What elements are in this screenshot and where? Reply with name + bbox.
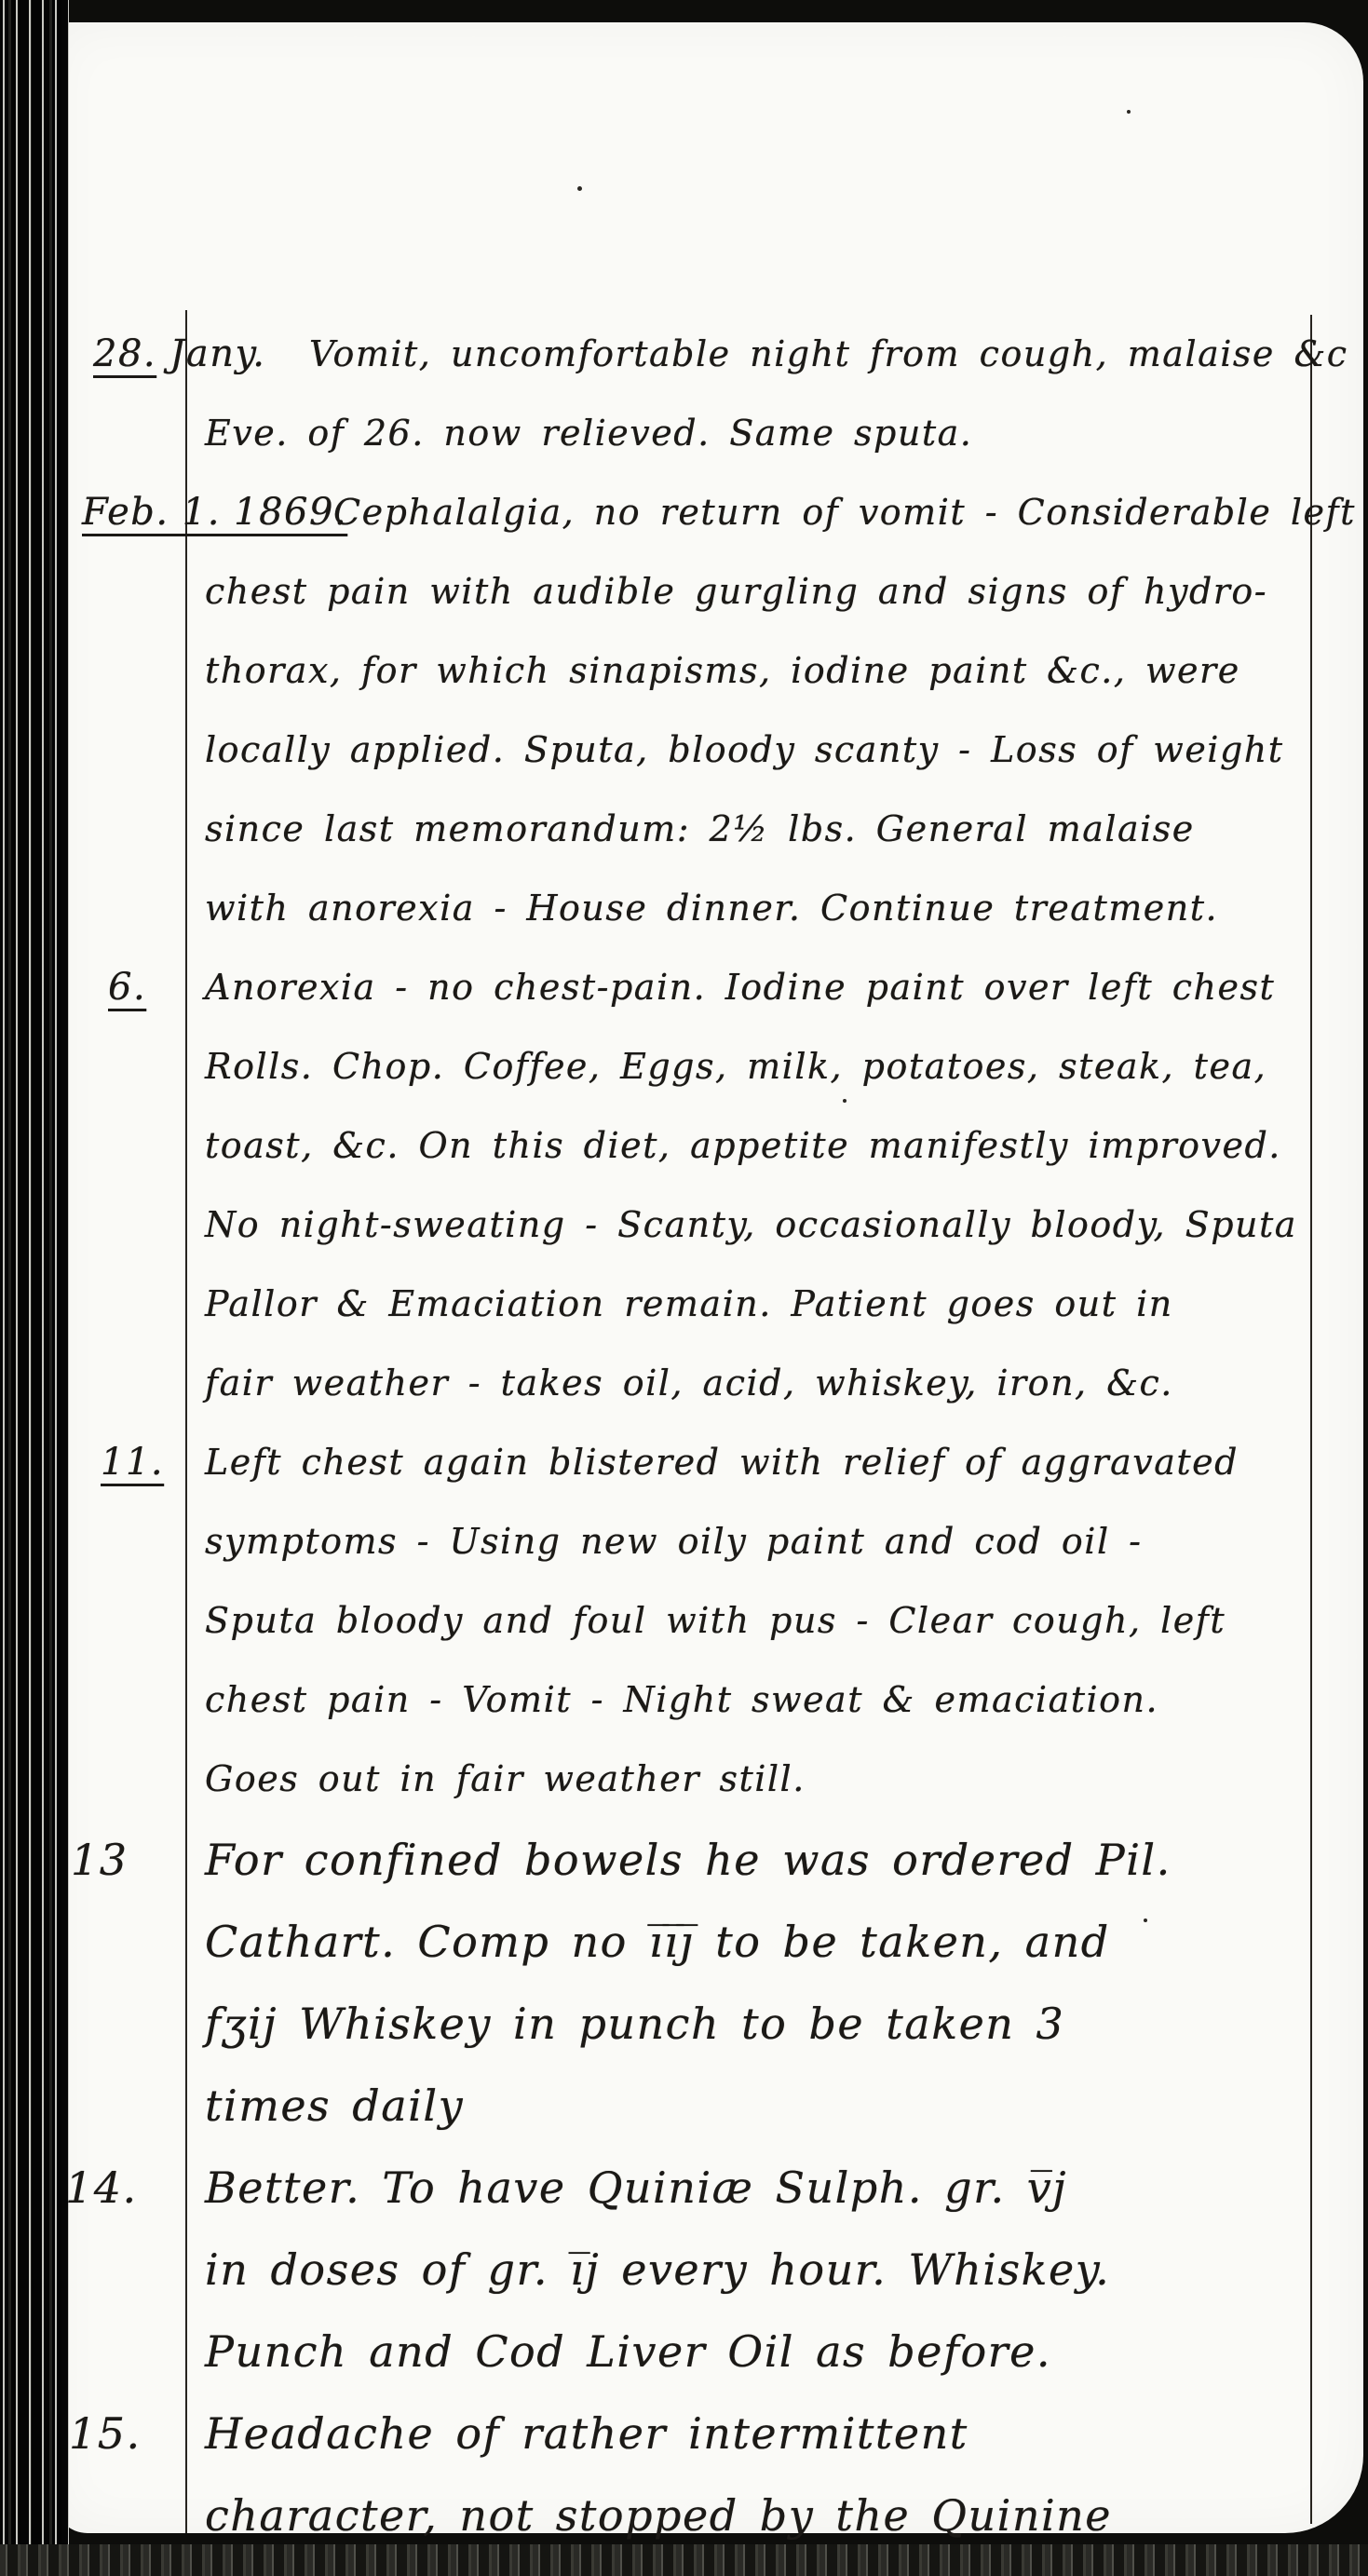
entry-date: 14. <box>65 2147 205 2229</box>
entry-line: Better. To have Quiniæ Sulph. gr. v̅j <box>205 2147 1332 2229</box>
entry-line: with anorexia - House dinner. Continue t… <box>205 869 1356 948</box>
entry-line: For confined bowels he was ordered Pil. <box>205 1819 1332 1901</box>
entry-line: toast, &c. On this diet, appetite manife… <box>205 1106 1332 1186</box>
entry-text: Cephalalgia, no return of vomit - Consid… <box>205 473 1356 948</box>
scan-background: { "colors": { "paper": "#fafaf7", "ink":… <box>0 0 1368 2576</box>
entry-line: Goes out in fair weather still. <box>205 1740 1332 1819</box>
entry-date-day: 13 <box>71 1835 129 1885</box>
entry-line: in doses of gr. i̅j every hour. Whiskey. <box>205 2229 1332 2311</box>
journal-entry: Feb. 1. 1869. Cephalalgia, no return of … <box>65 473 1332 948</box>
entry-line: Punch and Cod Liver Oil as before. <box>205 2311 1332 2393</box>
book-gutter-binding <box>0 0 69 2576</box>
paper-speck <box>1127 110 1131 114</box>
entry-line: Eve. of 26. now relieved. Same sputa. <box>205 394 1348 473</box>
entry-line: Vomit, uncomfortable night from cough, m… <box>205 315 1348 394</box>
entry-line: Anorexia - no chest-pain. Iodine paint o… <box>205 948 1332 1027</box>
journal-entry: 13 For confined bowels he was ordered Pi… <box>65 1819 1332 2147</box>
entry-line: No night-sweating - Scanty, occasionally… <box>205 1186 1332 1265</box>
entry-line: Rolls. Chop. Coffee, Eggs, milk, potatoe… <box>205 1027 1332 1106</box>
entry-text: For confined bowels he was ordered Pil. … <box>205 1819 1332 2147</box>
journal-entry: 6. Anorexia - no chest-pain. Iodine pain… <box>65 948 1332 1423</box>
entry-line: thorax, for which sinapisms, iodine pain… <box>205 631 1356 711</box>
entry-line: Headache of rather intermittent <box>205 2393 1332 2474</box>
entry-line: fair weather - takes oil, acid, whiskey,… <box>205 1344 1332 1423</box>
entry-line: fʒij Whiskey in punch to be taken 3 <box>205 1983 1332 2065</box>
entry-line: Cathart. Comp no i̅i̅j̅ to be taken, and <box>205 1901 1332 1983</box>
entry-text: Left chest again blistered with relief o… <box>205 1423 1332 1819</box>
entry-date-day: 11. <box>101 1441 164 1484</box>
entry-text: Anorexia - no chest-pain. Iodine paint o… <box>205 948 1332 1423</box>
journal-entry: 11. Left chest again blistered with reli… <box>65 1423 1332 1819</box>
entry-date: 15. <box>65 2393 205 2474</box>
journal-entry: 14. Better. To have Quiniæ Sulph. gr. v̅… <box>65 2147 1332 2393</box>
entry-date-day: 28. <box>93 332 156 375</box>
entry-date-day: 14. <box>65 2162 138 2213</box>
entry-date: 13 <box>65 1819 205 1901</box>
entry-date: 6. <box>65 948 205 1027</box>
entry-line: Cephalalgia, no return of vomit - Consid… <box>205 473 1356 552</box>
entry-line: locally applied. Sputa, bloody scanty - … <box>205 711 1356 790</box>
journal-entry: 15. Headache of rather intermittent char… <box>65 2393 1332 2556</box>
journal-entries: 28. Jany. Vomit, uncomfortable night fro… <box>65 315 1332 2556</box>
entry-line: symptoms - Using new oily paint and cod … <box>205 1502 1332 1581</box>
entry-text: Better. To have Quiniæ Sulph. gr. v̅j in… <box>205 2147 1332 2393</box>
journal-entry: 28. Jany. Vomit, uncomfortable night fro… <box>65 315 1332 473</box>
entry-line: times daily <box>205 2065 1332 2147</box>
entry-text: Vomit, uncomfortable night from cough, m… <box>205 315 1348 473</box>
entry-line: chest pain - Vomit - Night sweat & emaci… <box>205 1661 1332 1740</box>
entry-date-day: 6. <box>108 966 146 1009</box>
entry-date: Feb. 1. 1869. <box>65 473 205 552</box>
entry-line: since last memorandum: 2½ lbs. General m… <box>205 790 1356 869</box>
entry-line: character, not stopped by the Quinine <box>205 2474 1332 2556</box>
entry-text: Headache of rather intermittent characte… <box>205 2393 1332 2556</box>
entry-date: 11. <box>65 1423 205 1502</box>
paper-speck <box>577 186 582 191</box>
entry-line: chest pain with audible gurgling and sig… <box>205 552 1356 631</box>
entry-date-day: 15. <box>69 2408 142 2459</box>
entry-line: Left chest again blistered with relief o… <box>205 1423 1332 1502</box>
entry-line: Pallor & Emaciation remain. Patient goes… <box>205 1265 1332 1344</box>
entry-date: 28. Jany. <box>65 315 205 394</box>
entry-line: Sputa bloody and foul with pus - Clear c… <box>205 1581 1332 1661</box>
